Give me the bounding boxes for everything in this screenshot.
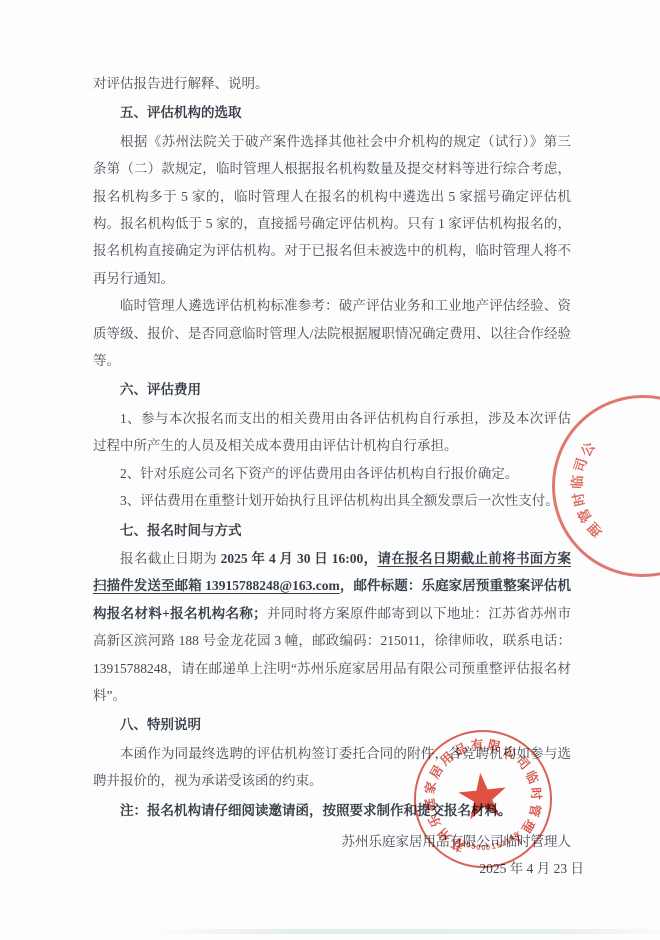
paragraph: 根据《苏州法院关于破产案件选择其他社会中介机构的规定（试行）》第三条第（二）款规… (93, 128, 571, 292)
date-line: 2025 年 4 月 23 日 (93, 855, 584, 882)
paragraph: 1、参与本次报名而支出的相关费用由各评估机构自行承担，涉及本次评估过程中所产生的… (93, 405, 571, 460)
document-body: 对评估报告进行解释、说明。五、评估机构的选取根据《苏州法院关于破产案件选择其他社… (93, 70, 571, 883)
section-heading-7: 七、报名时间与方式 (93, 517, 571, 544)
seal-arc-char: 管 (575, 505, 597, 527)
scan-edge-artifact (150, 929, 660, 934)
scanned-document-page: 对评估报告进行解释、说明。五、评估机构的选取根据《苏州法院关于破产案件选择其他社… (0, 0, 660, 940)
seal-arc-char: 时 (570, 490, 589, 509)
seal-arc-char: 理 (584, 518, 607, 541)
paragraph: 3、评估费用在重整计划开始执行且评估机构出具全额发票后一次性支付。 (93, 487, 571, 514)
paragraph: 临时管理人遴选评估机构标准参考：破产评估业务和工业地产评估经验、资质等级、报价、… (93, 292, 571, 374)
paragraph: 本函作为同最终选聘的评估机构签订委托合同的附件，各竞聘机构如参与选聘并报价的，视… (93, 740, 571, 795)
paragraph: 报名截止日期为 2025 年 4 月 30 日 16:00，请在报名日期截止前将… (93, 545, 571, 709)
seal-arc-char: 司 (571, 455, 591, 475)
paragraph: 2、针对乐庭公司名下资产的评估费用由各评估机构自行报价确定。 (93, 460, 571, 487)
paragraph-continuation: 对评估报告进行解释、说明。 (93, 70, 571, 97)
signature-line: 苏州乐庭家居用品有限公司临时管理人 (93, 828, 571, 855)
note-paragraph: 注：报名机构请仔细阅读邀请函，按照要求制作和提交报名材料。 (93, 797, 571, 824)
seal-arc-char: 临 (570, 474, 587, 491)
section-heading-5: 五、评估机构的选取 (93, 99, 571, 126)
seal-arc-char: 公 (577, 439, 599, 461)
section-heading-8: 八、特别说明 (93, 711, 571, 738)
section-heading-6: 六、评估费用 (93, 376, 571, 403)
